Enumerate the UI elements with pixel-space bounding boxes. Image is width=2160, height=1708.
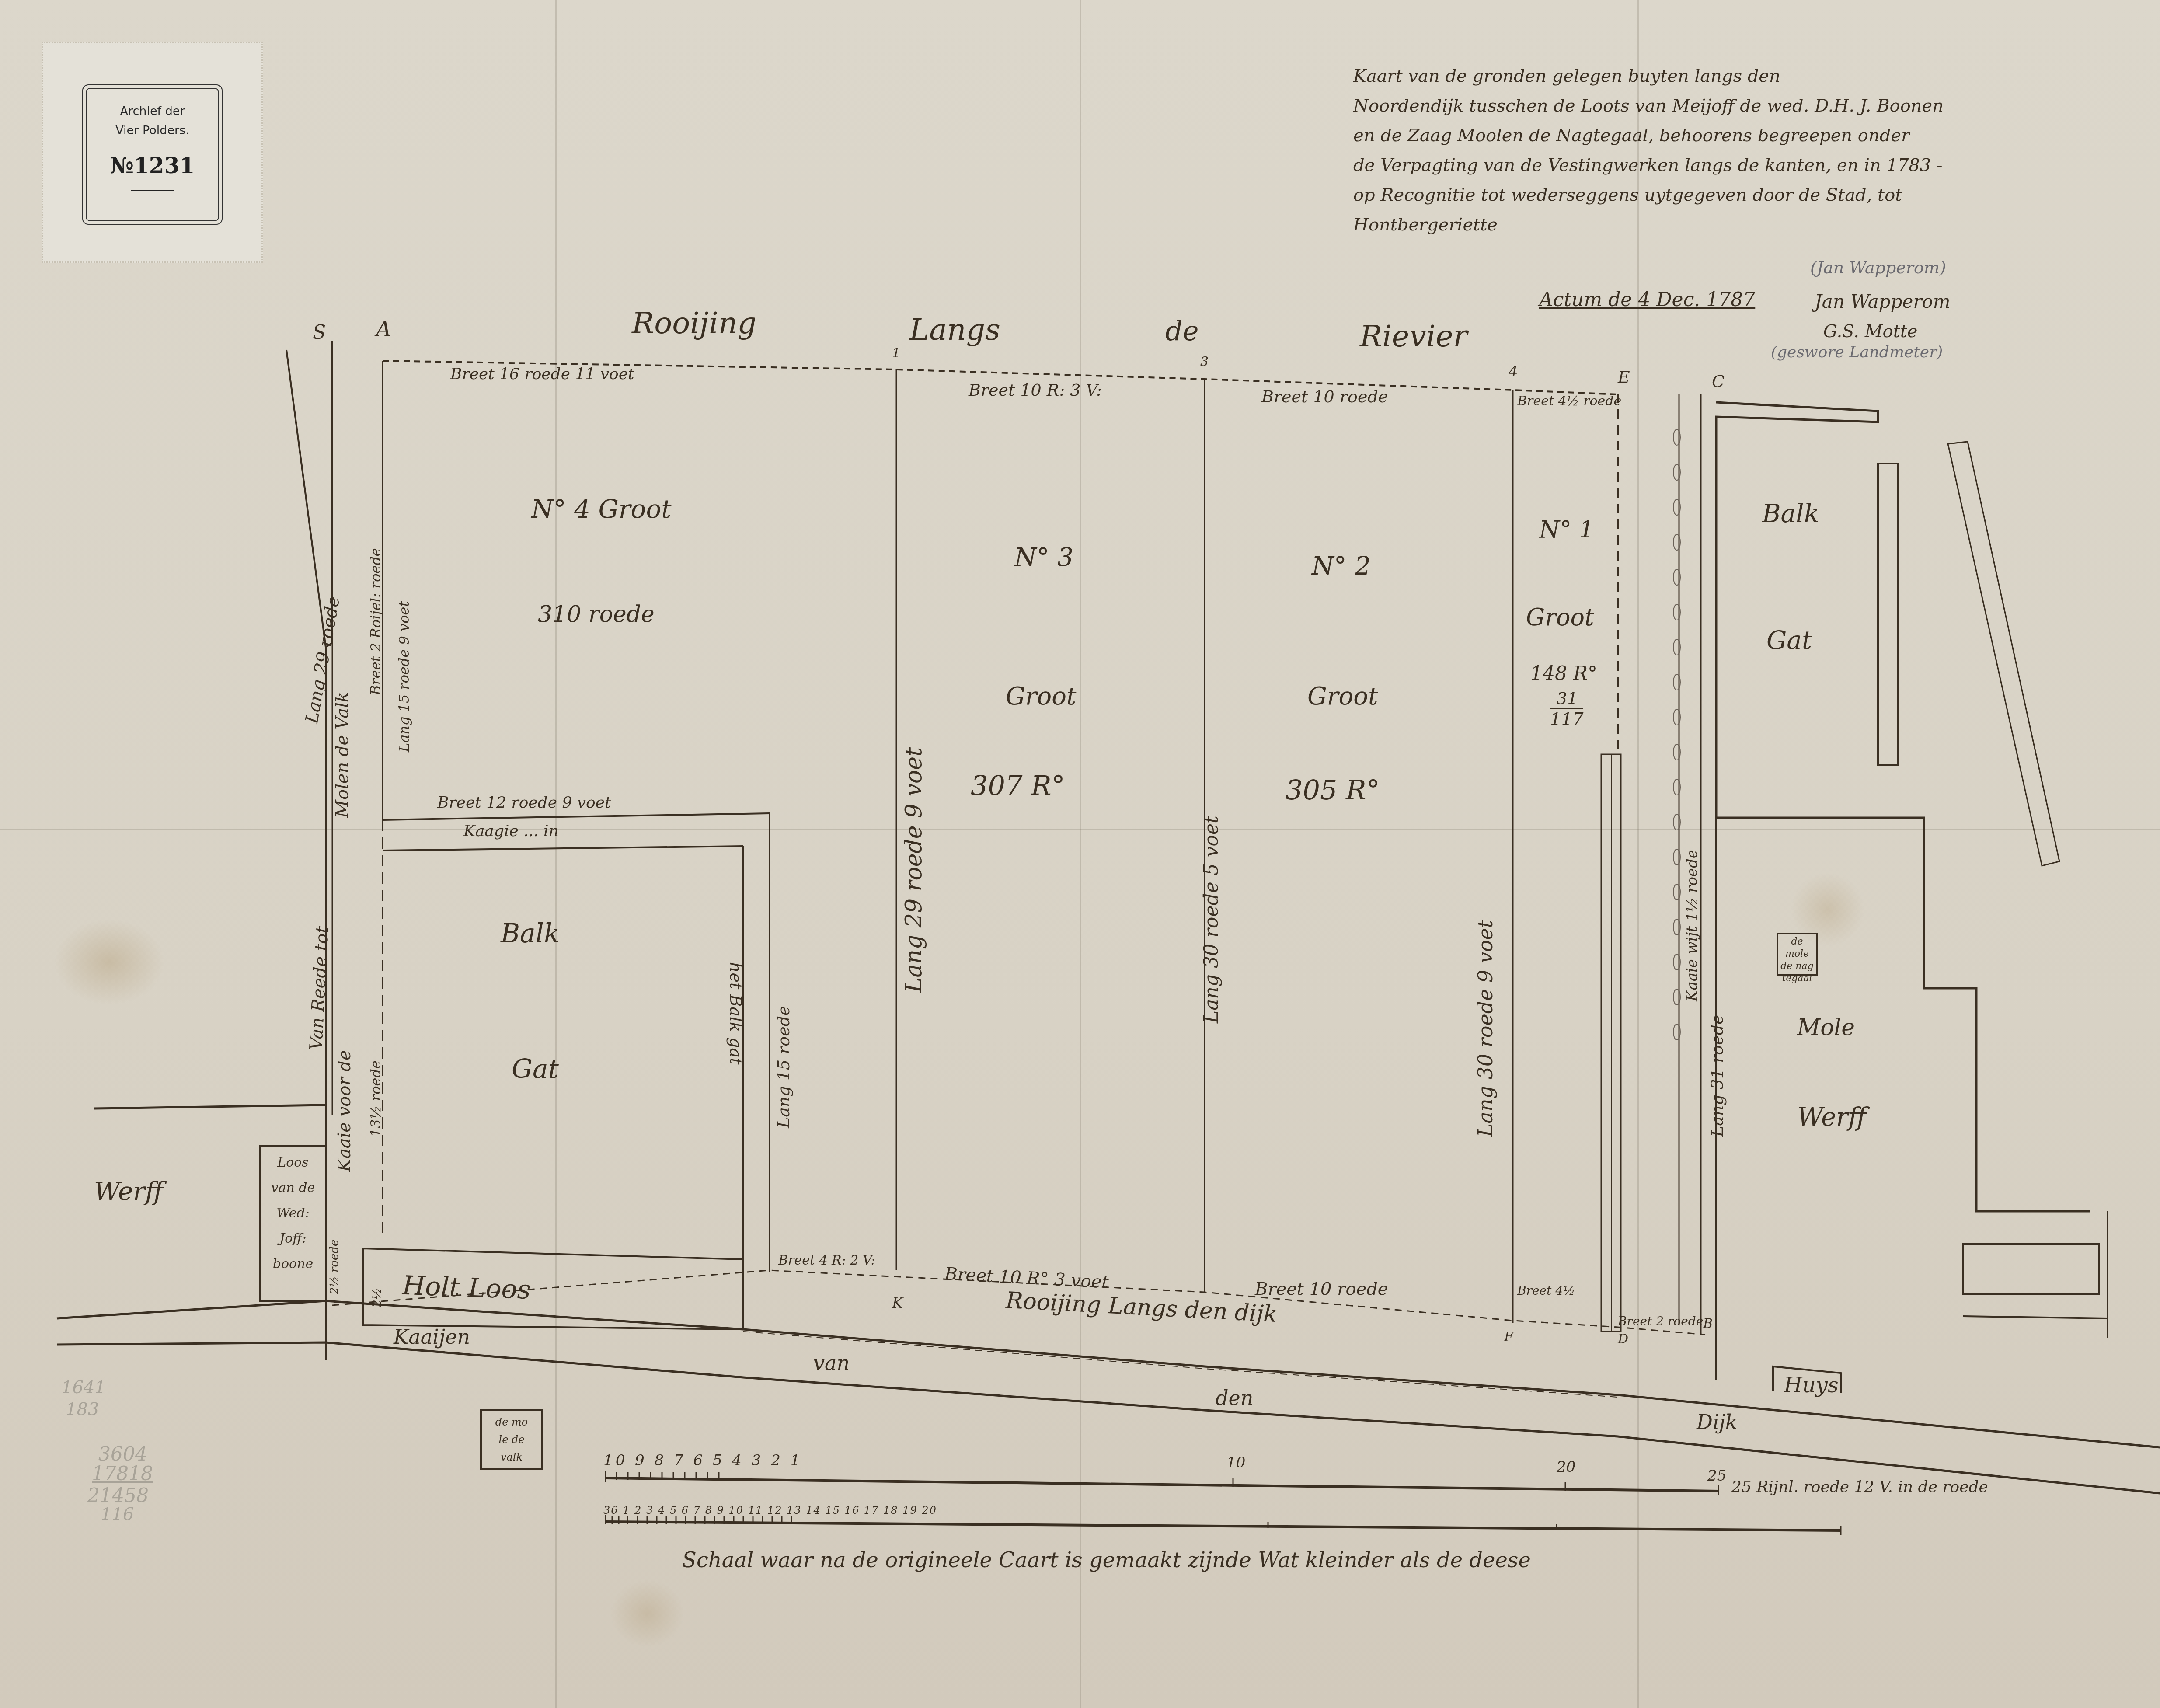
loos-box-line: Joff: [262, 1226, 324, 1251]
balk-label: Balk [501, 918, 560, 949]
balk-gat-left-side: 13½ roede [367, 1060, 384, 1137]
scale-tick-10: 10 [1226, 1454, 1245, 1471]
point-letter: 1 [892, 345, 900, 361]
balk-gat-bottom-breadth: Breet 4 R: 2 V: [778, 1253, 875, 1268]
lot-length-right: Lang 30 roede 9 voet [1474, 920, 1497, 1137]
plan-linework [0, 0, 2160, 1708]
left-strip-width: 2½ roede [328, 1239, 341, 1294]
lot-breadth-bottom: Breet 4½ [1517, 1283, 1575, 1298]
pencil-note: 183 [66, 1399, 99, 1419]
lot-groot: Groot [1307, 682, 1378, 711]
loos-box-text: Loos van de Wed: Joff: boone [262, 1150, 324, 1277]
point-letter: 3 [1200, 354, 1209, 369]
balk-gat-top-breadth: Breet 12 roede 9 voet [437, 794, 611, 812]
scale-unit: 25 Rijnl. roede 12 V. in de roede [1731, 1478, 1988, 1496]
scale-upper-labels: 10 9 8 7 6 5 4 3 2 1 [603, 1452, 802, 1469]
lot-area: 307 R° [971, 770, 1065, 802]
road-label: Dijk [1697, 1410, 1738, 1434]
kaagie-label: Kaagie ... in [463, 822, 559, 840]
lot-breadth-top: Breet 10 R: 3 V: [969, 380, 1102, 400]
point-letter: F [1504, 1329, 1513, 1345]
mole-valk-line: de mo [482, 1413, 541, 1431]
mole-valk-line: valk [482, 1448, 541, 1466]
loos-box-line: Loos [262, 1150, 324, 1175]
scale-caption: Schaal waar na de origineele Caart is ge… [682, 1548, 1531, 1572]
point-letter: A [376, 317, 391, 342]
lot-length: Lang 29 roede 9 voet [901, 747, 927, 993]
point-letter: S [313, 321, 326, 344]
lot-label: N° 2 [1312, 551, 1371, 581]
mole-valk-box-text: de mo le de valk [482, 1413, 541, 1466]
lot-side-breadth: Breet 2 Roijel: roede [367, 548, 384, 695]
point-letter: B [1703, 1316, 1713, 1332]
werff-label: Werff [94, 1176, 163, 1206]
huys-label: Huys [1784, 1373, 1839, 1398]
lot-area-calc: 31 [1557, 689, 1578, 708]
river-label-word: Rievier [1360, 319, 1467, 354]
mole-valk-line: le de [482, 1431, 541, 1448]
holt-loos-label: Holt Loos [402, 1270, 531, 1305]
river-label-word: de [1165, 315, 1198, 347]
pencil-note: 17818 [92, 1463, 153, 1485]
road-label: Kaaijen [394, 1325, 470, 1349]
lot-area: 310 roede [538, 601, 655, 627]
lot-breadth-top: Breet 16 roede 11 voet [450, 365, 634, 383]
road-label: van [813, 1351, 850, 1375]
river-label-word: Rooijing [632, 306, 756, 341]
lot-breadth-top: Breet 10 roede [1261, 387, 1388, 406]
loos-box-line: boone [262, 1251, 324, 1277]
point-letter: D [1618, 1332, 1628, 1347]
right-balk-label: Balk [1762, 498, 1819, 528]
pencil-note: 116 [101, 1504, 134, 1524]
lot-area-calc: 117 [1550, 708, 1583, 729]
lot-area-calc: 148 R° [1530, 662, 1597, 685]
lot-length-left: Lang 30 roede 5 voet [1200, 816, 1223, 1023]
mole-box-line: tegaal [1778, 973, 1816, 985]
mole-box-line: de nag [1778, 960, 1816, 973]
point-letter: C [1712, 372, 1725, 391]
balk-gat-length: Lang 15 roede [774, 1006, 793, 1128]
lot-label: N° 3 [1014, 542, 1073, 572]
lot-side-length: Lang 15 roede 9 voet [396, 601, 412, 752]
scale-tick-20: 20 [1557, 1458, 1575, 1476]
holt-loos-side: 2½ [369, 1288, 384, 1307]
scale-lower-labels: 36 1 2 3 4 5 6 7 8 9 10 11 12 13 14 15 1… [603, 1504, 937, 1516]
mole-box-line: de mole [1778, 936, 1816, 960]
lot-note: Breet 2 roede [1618, 1314, 1703, 1328]
balk-gat-right-side: het Balk gat [726, 962, 746, 1064]
pencil-note: 1641 [61, 1377, 106, 1398]
lot-label: N° 4 Groot [531, 494, 672, 524]
left-strip-text: Molen de Valk [332, 692, 352, 818]
point-letter: K [892, 1294, 903, 1312]
pencil-note: 3604 [98, 1443, 147, 1465]
right-kaaie: Kaaie wijt 1½ roede [1683, 850, 1701, 1001]
lot-area: 305 R° [1286, 774, 1380, 806]
point-letter: 4 [1509, 363, 1518, 380]
pencil-note: 21458 [87, 1485, 149, 1507]
lot-groot: Groot [1006, 682, 1076, 711]
loos-box-line: van de [262, 1175, 324, 1201]
gat-label: Gat [512, 1054, 559, 1084]
left-strip-text: Kaaie voor de [334, 1050, 355, 1172]
right-werff-label: Werff [1797, 1102, 1866, 1132]
right-gat-label: Gat [1766, 625, 1812, 655]
loos-box-line: Wed: [262, 1201, 324, 1226]
lot-label: N° 1 [1539, 516, 1594, 544]
lot-breadth-top: Breet 4½ roede [1517, 394, 1621, 409]
mole-nagtegaal-box-text: de mole de nag tegaal [1778, 936, 1816, 985]
right-mole-label: Mole [1797, 1014, 1855, 1041]
scale-tick-25: 25 [1707, 1467, 1726, 1485]
lot-groot: Groot [1526, 603, 1594, 631]
river-label-word: Langs [909, 313, 1000, 347]
road-label: den [1216, 1386, 1253, 1410]
lot-breadth-bottom: Breet 10 roede [1255, 1279, 1388, 1299]
point-letter: E [1618, 367, 1630, 387]
right-length: Lang 31 roede [1707, 1014, 1727, 1137]
